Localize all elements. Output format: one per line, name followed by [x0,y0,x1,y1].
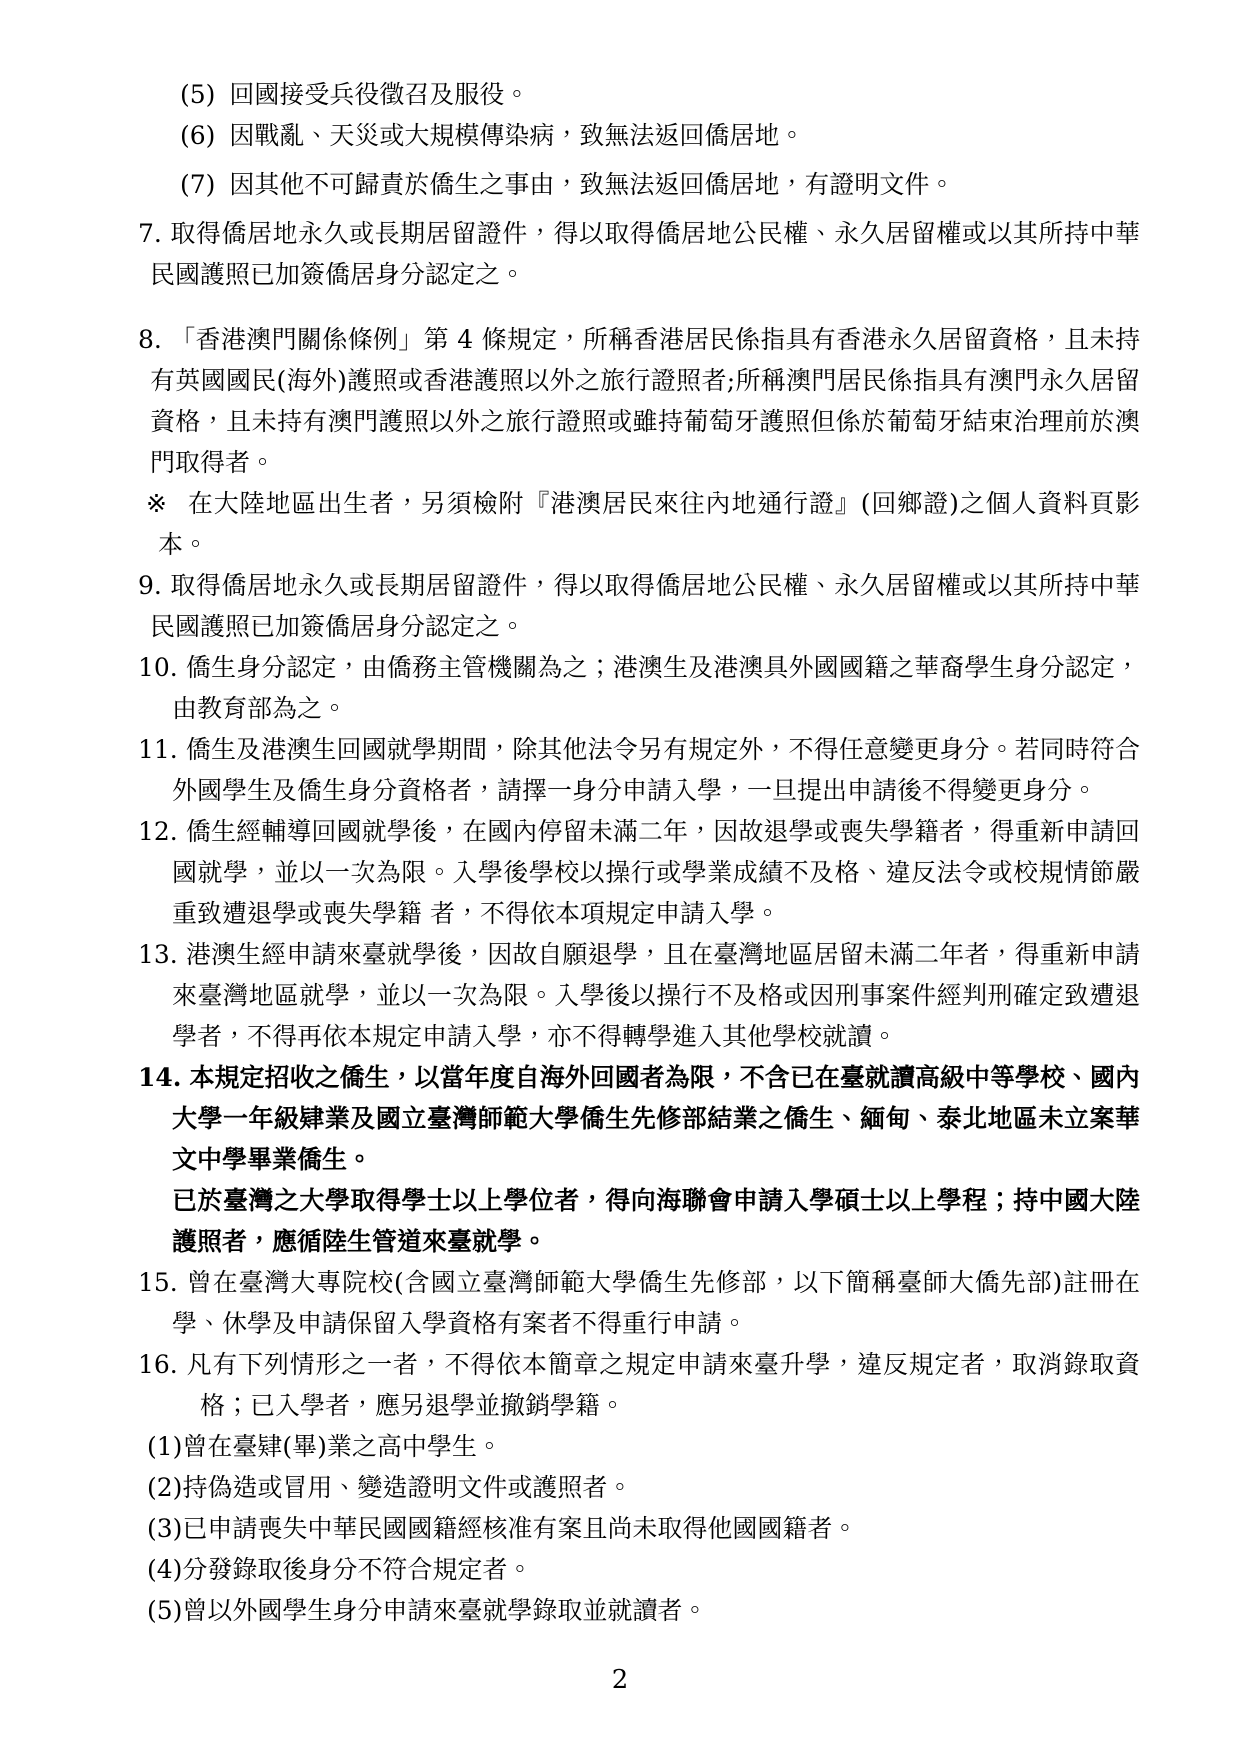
item-number: (7) [180,170,215,199]
item-text: 因戰亂、天災或大規模傳染病，致無法返回僑居地。 [229,121,804,150]
doc-item-8: 8.「香港澳門關係條例」第 4 條規定，所稱香港居民係指具有香港永久居留資格，且… [100,319,1140,483]
item-number: (5) [180,80,215,109]
item-number: 11. [138,735,178,764]
doc-item-10: 10.僑生身分認定，由僑務主管機關為之；港澳生及港澳具外國國籍之華裔學生身分認定… [100,647,1140,729]
doc-item-3: (3)已申請喪失中華民國國籍經核准有案且尚未取得他國國籍者。 [100,1508,1140,1549]
item-text: 取得僑居地永久或長期居留證件，得以取得僑居地公民權、永久居留權或以其所持中華民國… [150,571,1140,641]
item-text: 僑生及港澳生回國就學期間，除其他法令另有規定外，不得任意變更身分。若同時符合外國… [172,735,1140,805]
item-number: (2) [147,1473,182,1502]
item-text: 「香港澳門關係條例」第 4 條規定，所稱香港居民係指具有香港永久居留資格，且未持… [150,325,1140,477]
item-text: 持偽造或冒用、變造證明文件或護照者。 [182,1473,632,1502]
item-text: 取得僑居地永久或長期居留證件，得以取得僑居地公民權、永久居留權或以其所持中華民國… [150,219,1140,289]
doc-item-4: (4)分發錄取後身分不符合規定者。 [100,1549,1140,1590]
doc-item-5: (5)回國接受兵役徵召及服役。 [100,74,1140,115]
item-number: (6) [180,121,215,150]
doc-item-9: 9.取得僑居地永久或長期居留證件，得以取得僑居地公民權、永久居留權或以其所持中華… [100,565,1140,647]
item-number: ※ [146,489,168,518]
item-number: (1) [147,1432,182,1461]
item-text: 僑生經輔導回國就學後，在國內停留未滿二年，因故退學或喪失學籍者，得重新申請回國就… [172,817,1140,928]
doc-item-7: (7)因其他不可歸責於僑生之事由，致無法返回僑居地，有證明文件。 [100,164,1140,205]
doc-item-6: (6)因戰亂、天災或大規模傳染病，致無法返回僑居地。 [100,115,1140,156]
item-text: 曾在臺肄(畢)業之高中學生。 [182,1432,502,1461]
item-number: 8. [138,325,162,354]
item-number: 14. [138,1063,182,1092]
item-number: (4) [147,1555,182,1584]
document-page: (5)回國接受兵役徵召及服役。(6)因戰亂、天災或大規模傳染病，致無法返回僑居地… [0,0,1240,1753]
item-text: 在大陸地區出生者，另須檢附『港澳居民來往內地通行證』(回鄉證)之個人資料頁影本。 [158,489,1140,559]
item-text: 凡有下列情形之一者，不得依本簡章之規定申請來臺升學，違反規定者，取消錄取資格；已… [186,1350,1140,1420]
doc-item-11: 11.僑生及港澳生回國就學期間，除其他法令另有規定外，不得任意變更身分。若同時符… [100,729,1140,811]
page-number: 2 [0,1660,1240,1701]
doc-item-13: 13.港澳生經申請來臺就學後，因故自願退學，且在臺灣地區居留未滿二年者，得重新申… [100,934,1140,1057]
item-number: 12. [138,817,178,846]
item-text: 分發錄取後身分不符合規定者。 [182,1555,532,1584]
doc-item-1: (1)曾在臺肄(畢)業之高中學生。 [100,1426,1140,1467]
item-number: 16. [138,1350,178,1379]
item-text: 曾以外國學生身分申請來臺就學錄取並就讀者。 [182,1596,707,1625]
doc-item-2: (2)持偽造或冒用、變造證明文件或護照者。 [100,1467,1140,1508]
item-number: 7. [138,219,162,248]
item-text: 已於臺灣之大學取得學士以上學位者，得向海聯會申請入學碩士以上學程；持中國大陸護照… [172,1186,1140,1256]
doc-item-14: 14.本規定招收之僑生，以當年度自海外回國者為限，不含已在臺就讀高級中等學校、國… [100,1057,1140,1180]
doc-item-: ※在大陸地區出生者，另須檢附『港澳居民來往內地通行證』(回鄉證)之個人資料頁影本… [100,483,1140,565]
doc-item-16: 16.凡有下列情形之一者，不得依本簡章之規定申請來臺升學，違反規定者，取消錄取資… [100,1344,1140,1426]
item-text: 曾在臺灣大專院校(含國立臺灣師範大學僑生先修部，以下簡稱臺師大僑先部)註冊在學、… [172,1268,1140,1338]
item-text: 回國接受兵役徵召及服役。 [229,80,529,109]
item-number: 15. [138,1268,178,1297]
doc-item-12: 12.僑生經輔導回國就學後，在國內停留未滿二年，因故退學或喪失學籍者，得重新申請… [100,811,1140,934]
item-number: (3) [147,1514,182,1543]
item-number: 10. [138,653,178,682]
doc-item-cont: 已於臺灣之大學取得學士以上學位者，得向海聯會申請入學碩士以上學程；持中國大陸護照… [100,1180,1140,1262]
doc-item-5: (5)曾以外國學生身分申請來臺就學錄取並就讀者。 [100,1590,1140,1631]
item-number: (5) [147,1596,182,1625]
item-text: 本規定招收之僑生，以當年度自海外回國者為限，不含已在臺就讀高級中等學校、國內大學… [172,1063,1140,1174]
item-text: 港澳生經申請來臺就學後，因故自願退學，且在臺灣地區居留未滿二年者，得重新申請來臺… [172,940,1140,1051]
item-text: 因其他不可歸責於僑生之事由，致無法返回僑居地，有證明文件。 [229,170,954,199]
doc-item-7: 7.取得僑居地永久或長期居留證件，得以取得僑居地公民權、永久居留權或以其所持中華… [100,213,1140,295]
doc-item-15: 15.曾在臺灣大專院校(含國立臺灣師範大學僑生先修部，以下簡稱臺師大僑先部)註冊… [100,1262,1140,1344]
document-body: (5)回國接受兵役徵召及服役。(6)因戰亂、天災或大規模傳染病，致無法返回僑居地… [100,74,1140,1631]
item-number: 9. [138,571,162,600]
item-text: 僑生身分認定，由僑務主管機關為之；港澳生及港澳具外國國籍之華裔學生身分認定，由教… [172,653,1140,723]
item-number: 13. [138,940,178,969]
item-text: 已申請喪失中華民國國籍經核准有案且尚未取得他國國籍者。 [182,1514,857,1543]
